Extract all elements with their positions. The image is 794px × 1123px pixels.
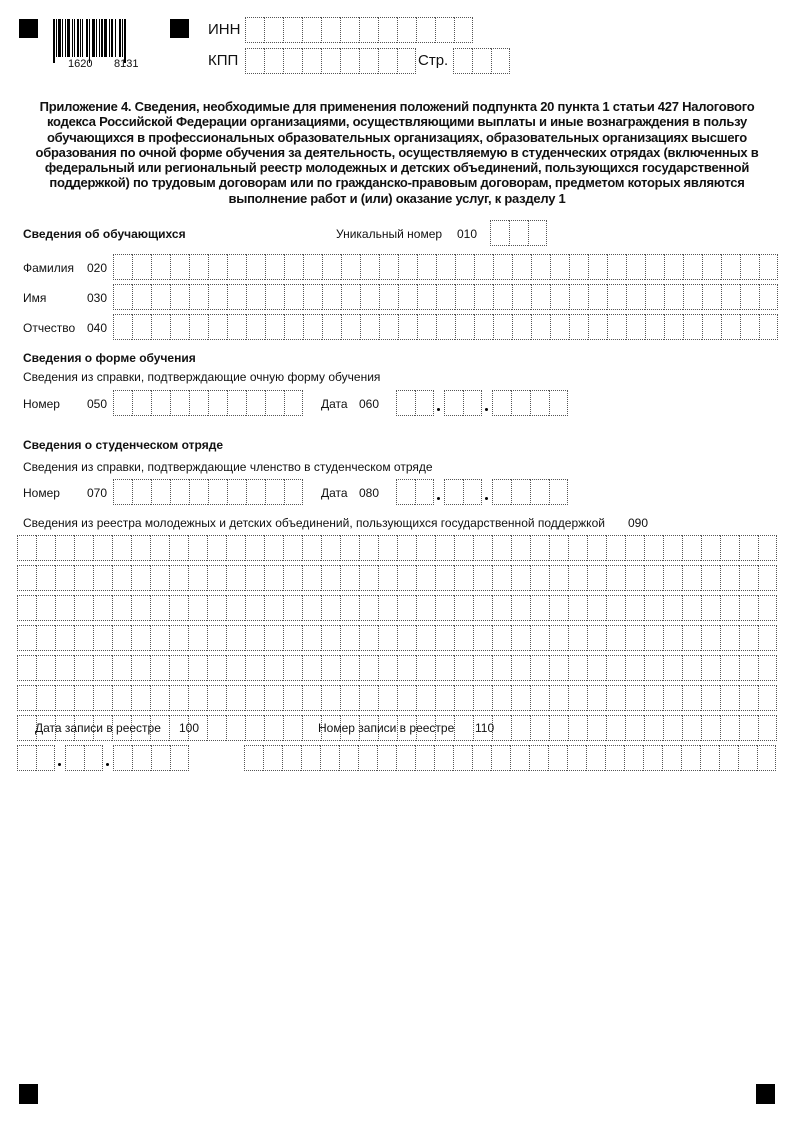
registry-row-field[interactable] [17,685,777,711]
char-input[interactable] [361,315,379,339]
char-cell[interactable] [246,390,265,416]
char-cell[interactable] [663,685,682,711]
char-cell[interactable] [435,625,454,651]
char-cell[interactable] [207,565,226,591]
char-input[interactable] [284,656,302,680]
education-date-field[interactable] [396,390,568,416]
char-input[interactable] [398,536,416,560]
char-input[interactable] [436,656,454,680]
char-cell[interactable] [463,479,482,505]
char-input[interactable] [170,656,188,680]
char-cell[interactable] [720,595,739,621]
char-input[interactable] [209,255,227,279]
char-input[interactable] [645,626,663,650]
char-cell[interactable] [417,284,436,310]
char-cell[interactable] [493,254,512,280]
digit-input[interactable] [493,391,511,415]
char-cell[interactable] [360,284,379,310]
char-cell[interactable] [207,715,226,741]
char-input[interactable] [37,596,55,620]
char-input[interactable] [342,285,360,309]
char-input[interactable] [550,656,568,680]
char-input[interactable] [645,716,663,740]
char-cell[interactable] [625,565,644,591]
char-input[interactable] [607,686,625,710]
char-cell[interactable] [549,685,568,711]
char-input[interactable] [702,596,720,620]
char-input[interactable] [702,626,720,650]
char-cell[interactable] [739,565,758,591]
char-cell[interactable] [530,535,549,561]
char-cell[interactable] [531,314,550,340]
char-input[interactable] [664,686,682,710]
char-input[interactable] [303,686,321,710]
char-input[interactable] [703,255,721,279]
char-input[interactable] [361,255,379,279]
char-input[interactable] [588,566,606,590]
char-cell[interactable] [625,715,644,741]
char-input[interactable] [588,656,606,680]
char-cell[interactable] [701,565,720,591]
char-cell[interactable] [511,479,530,505]
char-input[interactable] [360,18,378,42]
char-cell[interactable] [626,254,645,280]
char-cell[interactable] [701,715,720,741]
char-cell[interactable] [511,595,530,621]
char-cell[interactable] [512,254,531,280]
char-input[interactable] [37,686,55,710]
char-input[interactable] [607,626,625,650]
char-input[interactable] [759,656,776,680]
char-input[interactable] [551,285,569,309]
digit-input[interactable] [18,746,36,770]
char-cell[interactable] [36,655,55,681]
char-input[interactable] [454,746,472,770]
char-input[interactable] [644,746,662,770]
char-cell[interactable] [587,715,606,741]
month-cells[interactable] [65,745,103,771]
char-cell[interactable] [93,655,112,681]
char-input[interactable] [398,686,416,710]
char-cell[interactable] [112,595,131,621]
char-cell[interactable] [606,655,625,681]
char-cell[interactable] [208,479,227,505]
char-cell[interactable] [264,715,283,741]
char-cell[interactable] [74,625,93,651]
char-cell[interactable] [607,284,626,310]
char-cell[interactable] [112,655,131,681]
char-input[interactable] [113,596,131,620]
digit-input[interactable] [464,480,481,504]
char-input[interactable] [683,656,701,680]
char-input[interactable] [208,716,226,740]
char-cell[interactable] [416,595,435,621]
char-input[interactable] [303,596,321,620]
char-cell[interactable] [509,220,528,246]
char-cell[interactable] [150,625,169,651]
char-cell[interactable] [320,745,339,771]
char-input[interactable] [171,255,189,279]
char-input[interactable] [266,391,284,415]
char-input[interactable] [246,18,264,42]
char-cell[interactable] [150,595,169,621]
char-input[interactable] [75,656,93,680]
char-cell[interactable] [645,254,664,280]
digit-input[interactable] [152,746,170,770]
char-cell[interactable] [549,479,568,505]
char-input[interactable] [417,686,435,710]
char-cell[interactable] [530,479,549,505]
char-cell[interactable] [339,745,358,771]
char-cell[interactable] [170,284,189,310]
char-input[interactable] [360,536,378,560]
char-input[interactable] [228,285,246,309]
char-cell[interactable] [757,745,776,771]
char-cell[interactable] [397,17,416,43]
char-cell[interactable] [321,535,340,561]
char-cell[interactable] [721,284,740,310]
char-cell[interactable] [170,314,189,340]
char-cell[interactable] [568,535,587,561]
char-input[interactable] [531,716,549,740]
char-input[interactable] [189,656,207,680]
digit-input[interactable] [416,391,433,415]
char-input[interactable] [570,315,588,339]
char-cell[interactable] [683,284,702,310]
char-input[interactable] [75,596,93,620]
char-cell[interactable] [188,535,207,561]
char-input[interactable] [473,49,491,73]
char-cell[interactable] [664,314,683,340]
char-input[interactable] [341,626,359,650]
char-input[interactable] [454,49,472,73]
char-cell[interactable] [245,655,264,681]
char-input[interactable] [740,536,758,560]
char-input[interactable] [684,315,702,339]
char-cell[interactable] [511,390,530,416]
char-input[interactable] [683,716,701,740]
char-input[interactable] [550,686,568,710]
char-input[interactable] [626,716,644,740]
char-input[interactable] [189,566,207,590]
char-cell[interactable] [321,655,340,681]
education-number-field[interactable] [113,390,303,416]
char-input[interactable] [702,656,720,680]
char-input[interactable] [189,686,207,710]
char-input[interactable] [284,596,302,620]
char-input[interactable] [418,285,436,309]
char-input[interactable] [18,596,36,620]
char-cell[interactable] [151,390,170,416]
char-input[interactable] [285,480,302,504]
char-cell[interactable] [549,390,568,416]
char-input[interactable] [511,746,529,770]
char-cell[interactable] [360,254,379,280]
char-input[interactable] [455,716,473,740]
char-cell[interactable] [528,220,547,246]
char-input[interactable] [398,656,416,680]
char-cell[interactable] [474,284,493,310]
char-input[interactable] [417,536,435,560]
char-cell[interactable] [606,535,625,561]
char-input[interactable] [246,49,264,73]
char-input[interactable] [417,656,435,680]
char-cell[interactable] [606,715,625,741]
char-input[interactable] [417,18,435,42]
char-cell[interactable] [378,655,397,681]
char-cell[interactable] [434,745,453,771]
char-cell[interactable] [65,745,84,771]
digit-input[interactable] [493,480,511,504]
char-cell[interactable] [511,715,530,741]
char-input[interactable] [684,255,702,279]
char-cell[interactable] [322,284,341,310]
char-input[interactable] [246,626,264,650]
char-input[interactable] [721,566,739,590]
char-cell[interactable] [377,745,396,771]
char-cell[interactable] [55,625,74,651]
char-cell[interactable] [530,625,549,651]
char-cell[interactable] [444,390,463,416]
char-input[interactable] [133,315,151,339]
char-input[interactable] [265,716,283,740]
char-cell[interactable] [396,479,415,505]
char-input[interactable] [722,255,740,279]
char-input[interactable] [246,656,264,680]
char-input[interactable] [664,536,682,560]
char-cell[interactable] [131,655,150,681]
char-input[interactable] [740,626,758,650]
char-cell[interactable] [455,314,474,340]
char-input[interactable] [190,285,208,309]
char-input[interactable] [303,536,321,560]
char-input[interactable] [18,626,36,650]
char-input[interactable] [550,716,568,740]
char-cell[interactable] [303,254,322,280]
char-input[interactable] [227,686,245,710]
digit-input[interactable] [397,391,415,415]
char-cell[interactable] [700,745,719,771]
char-cell[interactable] [739,655,758,681]
char-input[interactable] [360,596,378,620]
char-input[interactable] [189,596,207,620]
char-input[interactable] [171,315,189,339]
char-cell[interactable] [549,565,568,591]
char-cell[interactable] [512,284,531,310]
digit-input[interactable] [37,746,54,770]
char-input[interactable] [284,18,302,42]
char-cell[interactable] [207,535,226,561]
char-input[interactable] [132,626,150,650]
char-cell[interactable] [644,685,663,711]
char-input[interactable] [608,285,626,309]
char-cell[interactable] [189,390,208,416]
char-input[interactable] [303,626,321,650]
kpp-field[interactable] [245,48,416,74]
char-input[interactable] [721,716,739,740]
registry-row-field[interactable] [17,625,777,651]
char-cell[interactable] [189,254,208,280]
char-cell[interactable] [131,685,150,711]
char-input[interactable] [37,626,55,650]
char-input[interactable] [626,596,644,620]
char-input[interactable] [741,285,759,309]
char-input[interactable] [379,18,397,42]
char-cell[interactable] [17,745,36,771]
char-cell[interactable] [170,745,189,771]
char-cell[interactable] [379,254,398,280]
char-cell[interactable] [17,595,36,621]
char-input[interactable] [266,480,284,504]
char-cell[interactable] [302,17,321,43]
digit-input[interactable] [512,480,530,504]
char-cell[interactable] [17,535,36,561]
char-input[interactable] [491,221,509,245]
char-input[interactable] [285,285,303,309]
char-input[interactable] [722,285,740,309]
char-cell[interactable] [283,655,302,681]
char-input[interactable] [94,596,112,620]
char-input[interactable] [284,536,302,560]
char-input[interactable] [513,315,531,339]
char-cell[interactable] [321,565,340,591]
char-cell[interactable] [416,655,435,681]
char-input[interactable] [646,255,664,279]
char-cell[interactable] [626,284,645,310]
char-cell[interactable] [701,535,720,561]
char-input[interactable] [18,686,36,710]
char-cell[interactable] [719,745,738,771]
char-cell[interactable] [341,314,360,340]
char-cell[interactable] [758,625,777,651]
char-input[interactable] [493,536,511,560]
char-input[interactable] [284,686,302,710]
char-cell[interactable] [587,625,606,651]
char-cell[interactable] [531,254,550,280]
char-cell[interactable] [550,254,569,280]
char-cell[interactable] [415,390,434,416]
char-cell[interactable] [169,565,188,591]
char-cell[interactable] [625,685,644,711]
char-cell[interactable] [529,745,548,771]
char-cell[interactable] [359,655,378,681]
char-cell[interactable] [359,535,378,561]
char-cell[interactable] [131,535,150,561]
char-cell[interactable] [264,685,283,711]
digit-input[interactable] [512,391,530,415]
char-cell[interactable] [246,314,265,340]
char-cell[interactable] [721,254,740,280]
char-cell[interactable] [132,745,151,771]
char-cell[interactable] [474,314,493,340]
char-cell[interactable] [226,595,245,621]
char-input[interactable] [437,285,455,309]
char-input[interactable] [208,686,226,710]
char-input[interactable] [587,746,605,770]
char-cell[interactable] [682,625,701,651]
char-input[interactable] [417,626,435,650]
char-cell[interactable] [510,745,529,771]
char-cell[interactable] [682,655,701,681]
char-cell[interactable] [17,715,36,741]
char-cell[interactable] [17,565,36,591]
char-cell[interactable] [463,390,482,416]
digit-input[interactable] [550,480,567,504]
char-cell[interactable] [644,655,663,681]
char-input[interactable] [265,536,283,560]
char-input[interactable] [683,686,701,710]
char-input[interactable] [627,315,645,339]
char-input[interactable] [228,391,246,415]
char-input[interactable] [606,746,624,770]
char-cell[interactable] [759,254,778,280]
char-input[interactable] [550,596,568,620]
char-cell[interactable] [245,48,264,74]
char-cell[interactable] [417,254,436,280]
char-cell[interactable] [112,685,131,711]
char-cell[interactable] [112,625,131,651]
char-cell[interactable] [739,625,758,651]
char-cell[interactable] [759,284,778,310]
char-cell[interactable] [227,254,246,280]
char-cell[interactable] [302,565,321,591]
char-input[interactable] [265,596,283,620]
char-input[interactable] [568,746,586,770]
char-input[interactable] [702,686,720,710]
char-cell[interactable] [740,314,759,340]
char-cell[interactable] [36,745,55,771]
char-input[interactable] [341,49,359,73]
char-input[interactable] [227,656,245,680]
char-cell[interactable] [283,565,302,591]
char-cell[interactable] [245,715,264,741]
char-cell[interactable] [245,625,264,651]
char-input[interactable] [247,480,265,504]
day-cells[interactable] [396,479,434,505]
char-cell[interactable] [112,565,131,591]
char-input[interactable] [94,686,112,710]
char-input[interactable] [189,626,207,650]
char-cell[interactable] [378,685,397,711]
char-input[interactable] [494,255,512,279]
char-cell[interactable] [321,625,340,651]
char-cell[interactable] [131,625,150,651]
char-cell[interactable] [492,390,511,416]
char-cell[interactable] [740,284,759,310]
char-cell[interactable] [663,625,682,651]
char-cell[interactable] [226,565,245,591]
char-cell[interactable] [454,625,473,651]
char-input[interactable] [646,315,664,339]
char-cell[interactable] [113,390,132,416]
char-cell[interactable] [453,48,472,74]
char-cell[interactable] [283,595,302,621]
char-cell[interactable] [720,625,739,651]
char-input[interactable] [589,255,607,279]
char-cell[interactable] [473,565,492,591]
char-cell[interactable] [358,745,377,771]
char-input[interactable] [627,255,645,279]
char-input[interactable] [246,686,264,710]
char-input[interactable] [759,716,776,740]
char-input[interactable] [170,626,188,650]
char-cell[interactable] [436,254,455,280]
char-cell[interactable] [624,745,643,771]
char-cell[interactable] [264,48,283,74]
char-cell[interactable] [341,284,360,310]
char-cell[interactable] [169,595,188,621]
char-cell[interactable] [359,565,378,591]
